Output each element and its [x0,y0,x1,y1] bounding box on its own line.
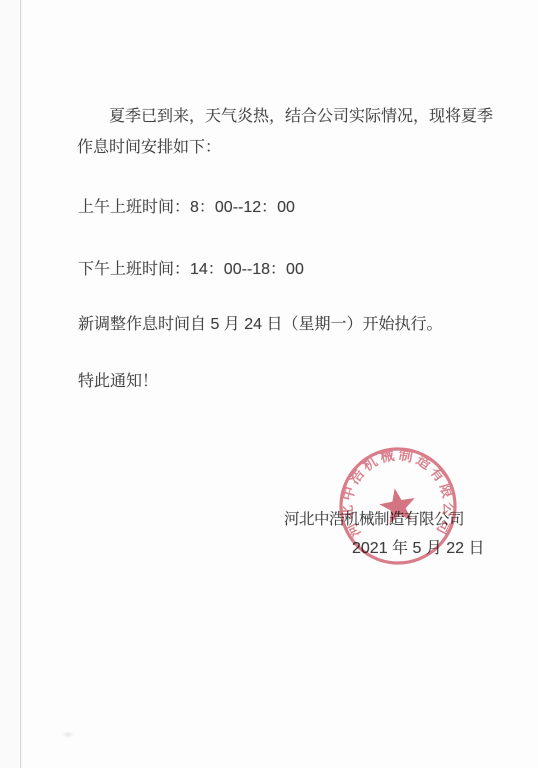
scan-smudge [62,731,74,738]
scan-left-margin [0,0,20,768]
morning-hours-line: 上午上班时间：8：00--12：00 [78,194,295,217]
closing-line: 特此通知！ [78,368,158,391]
company-seal-svg: 河北中浩机械制造有限公司 [333,441,463,571]
seal-ring-text-holder: 河北中浩机械制造有限公司 [338,446,457,540]
page-edge-line [20,0,21,768]
scanned-notice-page: 夏季已到来，天气炎热，结合公司实际情况，现将夏季 作息时间安排如下： 上午上班时… [0,0,538,768]
afternoon-hours-line: 下午上班时间：14：00--18：00 [78,256,304,279]
seal-ring-text: 河北中浩机械制造有限公司 [338,446,457,540]
star-icon [377,485,419,525]
intro-paragraph-line-2: 作息时间安排如下： [77,134,221,157]
company-seal: 河北中浩机械制造有限公司 [333,441,463,571]
intro-paragraph-line-1: 夏季已到来，天气炎热，结合公司实际情况，现将夏季 [109,103,493,126]
effective-date-line: 新调整作息时间自 5 月 24 日（星期一）开始执行。 [78,311,442,334]
